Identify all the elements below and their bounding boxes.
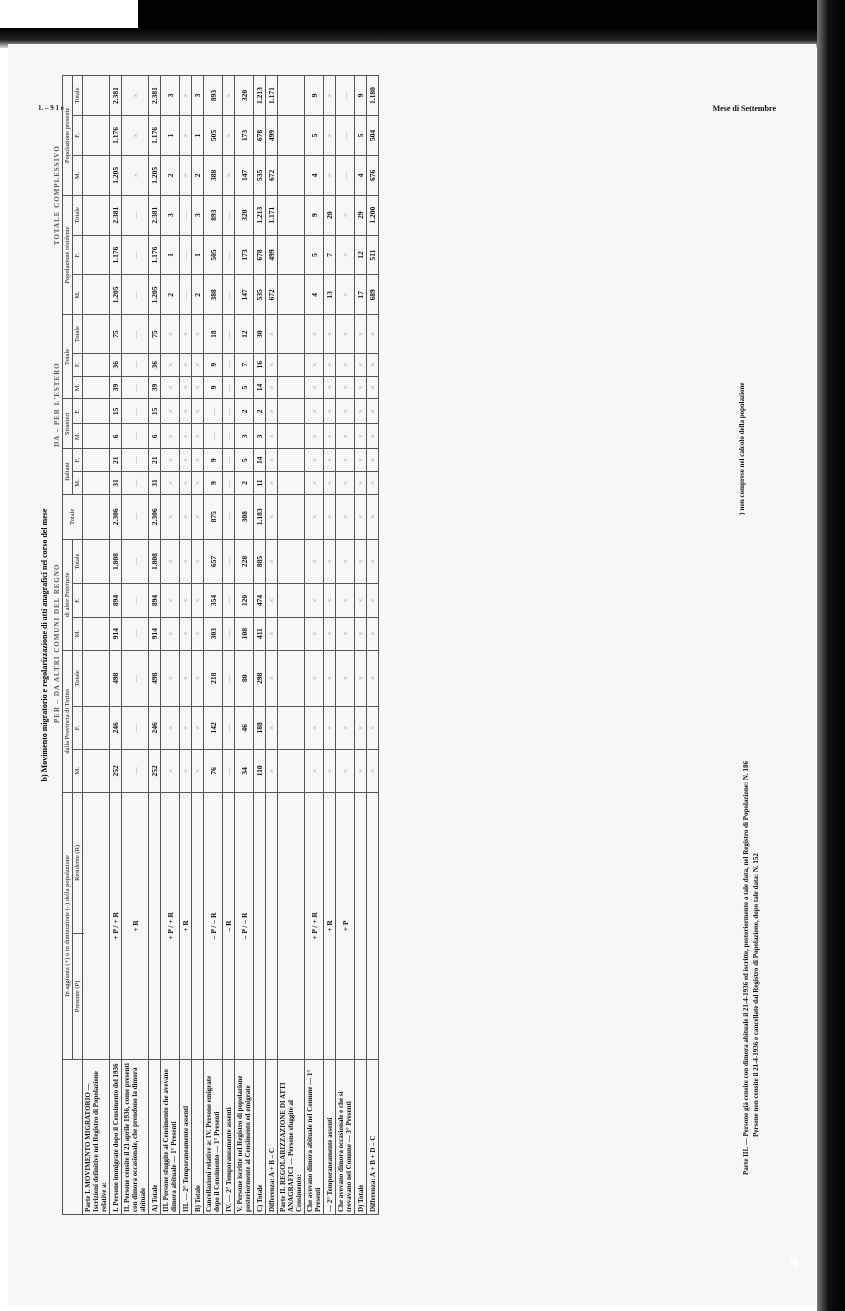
table-cell bbox=[278, 116, 305, 156]
f-header: F. bbox=[73, 449, 83, 472]
table-cell: 14 bbox=[254, 376, 266, 399]
table-cell: × bbox=[180, 376, 192, 399]
table-cell: × bbox=[192, 449, 204, 472]
table-cell: 298 bbox=[254, 650, 266, 706]
table-cell: 17 bbox=[355, 275, 367, 315]
f-header: F. bbox=[73, 399, 83, 424]
table-cell: × bbox=[305, 424, 324, 449]
table-cell bbox=[83, 472, 110, 495]
table-cell: 39 bbox=[110, 376, 122, 399]
table-cell: 498 bbox=[110, 650, 122, 706]
table-cell: 21 bbox=[149, 449, 161, 472]
pop-pres-header: Popolazione presente bbox=[63, 76, 73, 196]
table-cell: × bbox=[355, 706, 367, 749]
table-cell bbox=[83, 275, 110, 315]
table-cell: × bbox=[192, 650, 204, 706]
table-cell: × bbox=[192, 353, 204, 376]
table-cell: × bbox=[355, 424, 367, 449]
table-cell: × bbox=[161, 706, 180, 749]
table-cell: — bbox=[223, 275, 235, 315]
table-cell: 228 bbox=[235, 539, 254, 584]
table-cell: — bbox=[223, 472, 235, 495]
table-cell: × bbox=[161, 449, 180, 472]
table-cell: × bbox=[192, 584, 204, 617]
table-cell: × bbox=[122, 76, 149, 116]
table-cell: — bbox=[223, 539, 235, 584]
table-cell: 34 bbox=[235, 749, 254, 792]
table-cell: — bbox=[122, 353, 149, 376]
table-cell: 1.180 bbox=[367, 76, 379, 116]
table-cell bbox=[83, 76, 110, 116]
table-cell: × bbox=[161, 539, 180, 584]
table-cell: — bbox=[122, 235, 149, 275]
table-cell bbox=[278, 399, 305, 424]
table-row: A) Totale2522464989148941.8082.306312161… bbox=[149, 76, 161, 1215]
f-header: F. bbox=[73, 353, 83, 376]
table-cell: × bbox=[192, 706, 204, 749]
table-cell: 6 bbox=[110, 424, 122, 449]
table-cell: 4 bbox=[355, 155, 367, 195]
table-cell bbox=[83, 376, 110, 399]
label-column-header bbox=[63, 1060, 83, 1215]
table-cell: × bbox=[161, 472, 180, 495]
table-cell bbox=[278, 353, 305, 376]
row-sign bbox=[83, 792, 110, 1059]
table-cell: — bbox=[223, 235, 235, 275]
table-cell: — bbox=[223, 424, 235, 449]
table-cell: 46 bbox=[235, 706, 254, 749]
table-cell: × bbox=[192, 539, 204, 584]
table-cell: × bbox=[367, 399, 379, 424]
t-header: Totale bbox=[73, 195, 83, 235]
table-cell: × bbox=[180, 706, 192, 749]
table-cell: 885 bbox=[254, 539, 266, 584]
table-cell bbox=[83, 749, 110, 792]
rotated-table-container: b) Movimento migratorio e regolarizzazio… bbox=[40, 75, 800, 1215]
table-cell: 2.381 bbox=[149, 76, 161, 116]
table-row: I. Persone immigrate dopo il Censimento … bbox=[110, 76, 122, 1215]
row-sign: + P / + R bbox=[161, 792, 180, 1059]
table-cell: 5 bbox=[235, 376, 254, 399]
table-cell: 36 bbox=[149, 353, 161, 376]
row-label: A) Totale bbox=[149, 1060, 161, 1215]
table-cell: × bbox=[192, 472, 204, 495]
table-cell: × bbox=[180, 353, 192, 376]
table-cell bbox=[83, 235, 110, 275]
table-cell: 320 bbox=[235, 195, 254, 235]
table-cell: 1 bbox=[192, 235, 204, 275]
table-row: B) Totale××××××××××××××213213 bbox=[192, 76, 204, 1215]
table-cell bbox=[83, 116, 110, 156]
table-cell: × bbox=[180, 155, 192, 195]
table-cell: × bbox=[266, 399, 278, 424]
table-cell: × bbox=[266, 539, 278, 584]
table-cell: × bbox=[336, 494, 355, 539]
table-cell: 218 bbox=[204, 650, 223, 706]
table-row: III. Persone sfuggite al Censimento che … bbox=[161, 76, 180, 1215]
table-cell: 173 bbox=[235, 235, 254, 275]
stranieri-header: Stranieri bbox=[63, 399, 73, 449]
table-cell: × bbox=[324, 376, 336, 399]
table-cell: × bbox=[336, 275, 355, 315]
table-cell bbox=[83, 315, 110, 354]
table-cell: × bbox=[324, 155, 336, 195]
row-sign: + R bbox=[324, 792, 336, 1059]
table-cell: × bbox=[305, 494, 324, 539]
table-cell: — bbox=[223, 617, 235, 650]
m-header: M. bbox=[73, 376, 83, 399]
table-cell bbox=[278, 155, 305, 195]
table-cell: × bbox=[192, 399, 204, 424]
table-cell: 9 bbox=[305, 76, 324, 116]
table-cell: 252 bbox=[110, 749, 122, 792]
table-cell: — bbox=[223, 494, 235, 539]
table-cell: 30 bbox=[254, 315, 266, 354]
table-cell: 4 bbox=[305, 275, 324, 315]
table-cell: × bbox=[180, 539, 192, 584]
table-cell: 689 bbox=[367, 275, 379, 315]
table-cell: — bbox=[223, 399, 235, 424]
table-cell: × bbox=[336, 235, 355, 275]
table-cell: — bbox=[223, 749, 235, 792]
table-cell: — bbox=[180, 275, 192, 315]
footer-note: non comprese nel calcolo della popolazio… bbox=[738, 382, 746, 510]
table-cell: × bbox=[266, 315, 278, 354]
table-cell: — bbox=[122, 706, 149, 749]
table-cell: 3 bbox=[161, 195, 180, 235]
table-cell bbox=[83, 706, 110, 749]
table-cell bbox=[83, 584, 110, 617]
table-cell bbox=[278, 472, 305, 495]
table-cell bbox=[278, 706, 305, 749]
table-cell: 308 bbox=[235, 494, 254, 539]
table-cell bbox=[278, 275, 305, 315]
table-cell: × bbox=[223, 76, 235, 116]
table-cell: 1.176 bbox=[149, 116, 161, 156]
table-cell: × bbox=[355, 353, 367, 376]
table-cell: 1.205 bbox=[149, 155, 161, 195]
table-cell: × bbox=[180, 749, 192, 792]
table-cell: × bbox=[324, 539, 336, 584]
table-cell: — bbox=[223, 376, 235, 399]
table-cell: 12 bbox=[235, 315, 254, 354]
table-cell: 354 bbox=[204, 584, 223, 617]
table-cell: × bbox=[180, 650, 192, 706]
table-body: Parte I. MOVIMENTO MIGRATORIO — Iscrizio… bbox=[83, 76, 379, 1215]
table-cell: × bbox=[161, 353, 180, 376]
table-cell: 173 bbox=[235, 116, 254, 156]
table-cell: 505 bbox=[204, 235, 223, 275]
prov-torino-header: dalla Provincia di Torino bbox=[63, 650, 73, 792]
table-cell: 1.205 bbox=[149, 275, 161, 315]
table-cell bbox=[83, 155, 110, 195]
table-cell: × bbox=[180, 424, 192, 449]
table-cell: × bbox=[161, 650, 180, 706]
table-cell: × bbox=[336, 376, 355, 399]
footer-line-1: Persone già censite con dimora abituale … bbox=[742, 761, 750, 1136]
table-cell: 498 bbox=[149, 650, 161, 706]
table-cell bbox=[278, 617, 305, 650]
table-cell: × bbox=[192, 617, 204, 650]
table-cell bbox=[278, 584, 305, 617]
row-label: Che avevano dimora occasionale e che si … bbox=[336, 1060, 355, 1215]
table-cell: 1.176 bbox=[149, 235, 161, 275]
table-cell: × bbox=[305, 584, 324, 617]
table-cell: 39 bbox=[149, 376, 161, 399]
table-cell: × bbox=[161, 617, 180, 650]
scan-right-edge bbox=[817, 0, 845, 1311]
table-cell: 12 bbox=[355, 235, 367, 275]
m-header: M. bbox=[73, 424, 83, 449]
table-cell bbox=[278, 235, 305, 275]
table-cell: × bbox=[305, 706, 324, 749]
table-cell: 388 bbox=[204, 275, 223, 315]
table-cell: — bbox=[180, 195, 192, 235]
table-cell: 188 bbox=[254, 706, 266, 749]
table-cell bbox=[278, 315, 305, 354]
f-header: F. bbox=[73, 235, 83, 275]
table-cell bbox=[278, 494, 305, 539]
table-cell: 474 bbox=[254, 584, 266, 617]
table-cell: 1.213 bbox=[254, 195, 266, 235]
t-header: Totale bbox=[73, 539, 83, 584]
table-cell: 2.306 bbox=[149, 494, 161, 539]
row-label: Differenza: A + B – C bbox=[266, 1060, 278, 1215]
m-header: M. bbox=[73, 472, 83, 495]
table-cell: — bbox=[122, 376, 149, 399]
table-cell: 657 bbox=[204, 539, 223, 584]
table-cell: × bbox=[324, 749, 336, 792]
table-cell: 9 bbox=[204, 376, 223, 399]
table-cell: 2 bbox=[254, 399, 266, 424]
table-cell: × bbox=[367, 353, 379, 376]
row-sign: + P bbox=[336, 792, 355, 1059]
table-cell: — bbox=[122, 584, 149, 617]
title-left: PER – DA ALTRI COMUNI DEL REGNO bbox=[52, 494, 63, 792]
table-cell: × bbox=[324, 315, 336, 354]
table-cell: 535 bbox=[254, 155, 266, 195]
table-cell: 678 bbox=[254, 235, 266, 275]
table-cell: 252 bbox=[149, 749, 161, 792]
table-cell: — bbox=[204, 399, 223, 424]
table-cell: × bbox=[192, 424, 204, 449]
table-cell: 5 bbox=[305, 116, 324, 156]
table-row: C) Totale1101882984114748851.18311143214… bbox=[254, 76, 266, 1215]
table-cell: × bbox=[305, 749, 324, 792]
table-cell bbox=[83, 617, 110, 650]
table-cell: × bbox=[367, 424, 379, 449]
row-sign: + P / + R bbox=[305, 792, 324, 1059]
table-cell: 80 bbox=[235, 650, 254, 706]
table-cell: × bbox=[180, 116, 192, 156]
table-cell: × bbox=[355, 315, 367, 354]
table-row: Differenza: A + B – C××××××××××××××67249… bbox=[266, 76, 278, 1215]
table-cell: × bbox=[324, 617, 336, 650]
table-cell: 894 bbox=[110, 584, 122, 617]
table-cell: — bbox=[122, 617, 149, 650]
table-cell: × bbox=[324, 494, 336, 539]
table-cell: 1.808 bbox=[110, 539, 122, 584]
totale-header: Totale bbox=[63, 494, 83, 539]
table-cell: 2 bbox=[161, 155, 180, 195]
row-sign bbox=[149, 792, 161, 1059]
table-cell bbox=[83, 494, 110, 539]
table-cell: 1 bbox=[161, 116, 180, 156]
table-cell: — bbox=[223, 315, 235, 354]
table-cell: × bbox=[266, 650, 278, 706]
table-cell bbox=[83, 399, 110, 424]
table-cell: 75 bbox=[149, 315, 161, 354]
table-cell: — bbox=[122, 472, 149, 495]
table-cell: × bbox=[180, 584, 192, 617]
table-cell: × bbox=[355, 399, 367, 424]
f-header: F. bbox=[73, 116, 83, 156]
table-cell: × bbox=[367, 650, 379, 706]
table-cell bbox=[278, 650, 305, 706]
migration-table: PER – DA ALTRI COMUNI DEL REGNO DA – PER… bbox=[52, 75, 379, 1215]
table-cell: 5 bbox=[235, 449, 254, 472]
table-cell: × bbox=[324, 399, 336, 424]
res-header: Residente (R) bbox=[73, 792, 83, 933]
table-cell: 1.205 bbox=[110, 275, 122, 315]
table-cell: — bbox=[180, 235, 192, 275]
table-cell: × bbox=[223, 155, 235, 195]
page-number: 9 bbox=[790, 1255, 798, 1273]
table-cell: 9 bbox=[305, 195, 324, 235]
table-cell: 1.213 bbox=[254, 76, 266, 116]
row-label: II. Persone censite il 21 aprile 1936, c… bbox=[122, 1060, 149, 1215]
table-cell: 9 bbox=[204, 449, 223, 472]
row-label: IV. — 2° Temporaneamente assenti bbox=[223, 1060, 235, 1215]
table-cell: × bbox=[367, 494, 379, 539]
table-cell: × bbox=[305, 449, 324, 472]
table-cell: 388 bbox=[204, 155, 223, 195]
table-cell: × bbox=[355, 539, 367, 584]
table-cell: — bbox=[223, 449, 235, 472]
table-cell: 1 bbox=[192, 116, 204, 156]
row-sign bbox=[355, 792, 367, 1059]
table-cell: 676 bbox=[367, 155, 379, 195]
table-cell: 499 bbox=[266, 235, 278, 275]
table-row: D) Totale××××××××××××××171229459 bbox=[355, 76, 367, 1215]
table-cell: × bbox=[180, 449, 192, 472]
table-cell: × bbox=[161, 749, 180, 792]
table-cell: × bbox=[305, 376, 324, 399]
table-row: — 2° Temporaneamente assenti+ R×××××××××… bbox=[324, 76, 336, 1215]
table-cell: × bbox=[180, 76, 192, 116]
table-cell: 36 bbox=[110, 353, 122, 376]
tot-estero-header: Totale bbox=[63, 315, 73, 399]
m-header: M. bbox=[73, 155, 83, 195]
table-cell: × bbox=[266, 494, 278, 539]
table-cell: 20 bbox=[324, 195, 336, 235]
row-sign bbox=[278, 792, 305, 1059]
row-sign: + R bbox=[180, 792, 192, 1059]
table-cell: × bbox=[336, 472, 355, 495]
table-cell: 76 bbox=[204, 749, 223, 792]
table-cell: 9 bbox=[204, 472, 223, 495]
table-cell: 7 bbox=[324, 235, 336, 275]
table-cell: — bbox=[336, 155, 355, 195]
table-cell: — bbox=[122, 275, 149, 315]
table-row: Che avevano dimora abituale nel Comune —… bbox=[305, 76, 324, 1215]
table-cell: × bbox=[355, 584, 367, 617]
sign-header: In aggiunta (+) o in diminuzione (–) del… bbox=[63, 792, 73, 1059]
italiani-header: Italiani bbox=[63, 449, 73, 495]
table-cell: × bbox=[161, 494, 180, 539]
table-cell: 14 bbox=[254, 449, 266, 472]
table-cell: 31 bbox=[110, 472, 122, 495]
table-cell: 1.171 bbox=[266, 76, 278, 116]
table-cell: × bbox=[305, 539, 324, 584]
table-cell: 672 bbox=[266, 155, 278, 195]
m-header: M. bbox=[73, 617, 83, 650]
table-row: IV. — 2° Temporaneamente assenti– R—————… bbox=[223, 76, 235, 1215]
row-label: Parte II. REGOLARIZZAZIONE DI ATTI ANAGR… bbox=[278, 1060, 305, 1215]
table-cell bbox=[278, 749, 305, 792]
row-label: Differenza: A + B + D – C bbox=[367, 1060, 379, 1215]
table-cell: — bbox=[122, 195, 149, 235]
table-cell: × bbox=[266, 749, 278, 792]
table-cell: 6 bbox=[149, 424, 161, 449]
table-cell: 16 bbox=[254, 353, 266, 376]
table-cell bbox=[83, 195, 110, 235]
table-cell: 2 bbox=[192, 155, 204, 195]
table-cell: 29 bbox=[355, 195, 367, 235]
t-header: Totale bbox=[73, 650, 83, 706]
table-cell: 120 bbox=[235, 584, 254, 617]
row-sign: – P / – R bbox=[235, 792, 254, 1059]
table-cell: 75 bbox=[110, 315, 122, 354]
row-label: D) Totale bbox=[355, 1060, 367, 1215]
table-cell: × bbox=[180, 315, 192, 354]
table-cell: × bbox=[355, 749, 367, 792]
table-cell: × bbox=[305, 472, 324, 495]
table-cell: 108 bbox=[235, 617, 254, 650]
table-cell: 1 bbox=[161, 235, 180, 275]
table-cell: × bbox=[305, 399, 324, 424]
table-row: V. Persone iscritte nel Registro di popo… bbox=[235, 76, 254, 1215]
table-cell: 13 bbox=[324, 275, 336, 315]
table-cell: — bbox=[204, 424, 223, 449]
table-cell: × bbox=[336, 449, 355, 472]
table-cell: 1.176 bbox=[110, 116, 122, 156]
table-cell: × bbox=[324, 650, 336, 706]
table-cell: × bbox=[336, 539, 355, 584]
table-cell: × bbox=[266, 617, 278, 650]
table-cell bbox=[278, 449, 305, 472]
row-sign: + R bbox=[122, 792, 149, 1059]
table-cell: 246 bbox=[149, 706, 161, 749]
table-cell: 678 bbox=[254, 116, 266, 156]
table-cell bbox=[83, 424, 110, 449]
table-cell: 2 bbox=[235, 472, 254, 495]
table-cell: × bbox=[355, 449, 367, 472]
table-cell: × bbox=[161, 424, 180, 449]
table-cell: 15 bbox=[149, 399, 161, 424]
table-cell: × bbox=[266, 353, 278, 376]
table-cell bbox=[83, 650, 110, 706]
row-label: III. — 2° Temporaneamente assenti bbox=[180, 1060, 192, 1215]
altre-prov-header: di altre Provincie bbox=[63, 539, 73, 650]
table-cell: 21 bbox=[110, 449, 122, 472]
row-sign bbox=[254, 792, 266, 1059]
table-cell: × bbox=[223, 116, 235, 156]
table-cell: 1.183 bbox=[254, 494, 266, 539]
table-cell: 147 bbox=[235, 155, 254, 195]
table-cell: × bbox=[324, 424, 336, 449]
table-cell: 1.171 bbox=[266, 195, 278, 235]
